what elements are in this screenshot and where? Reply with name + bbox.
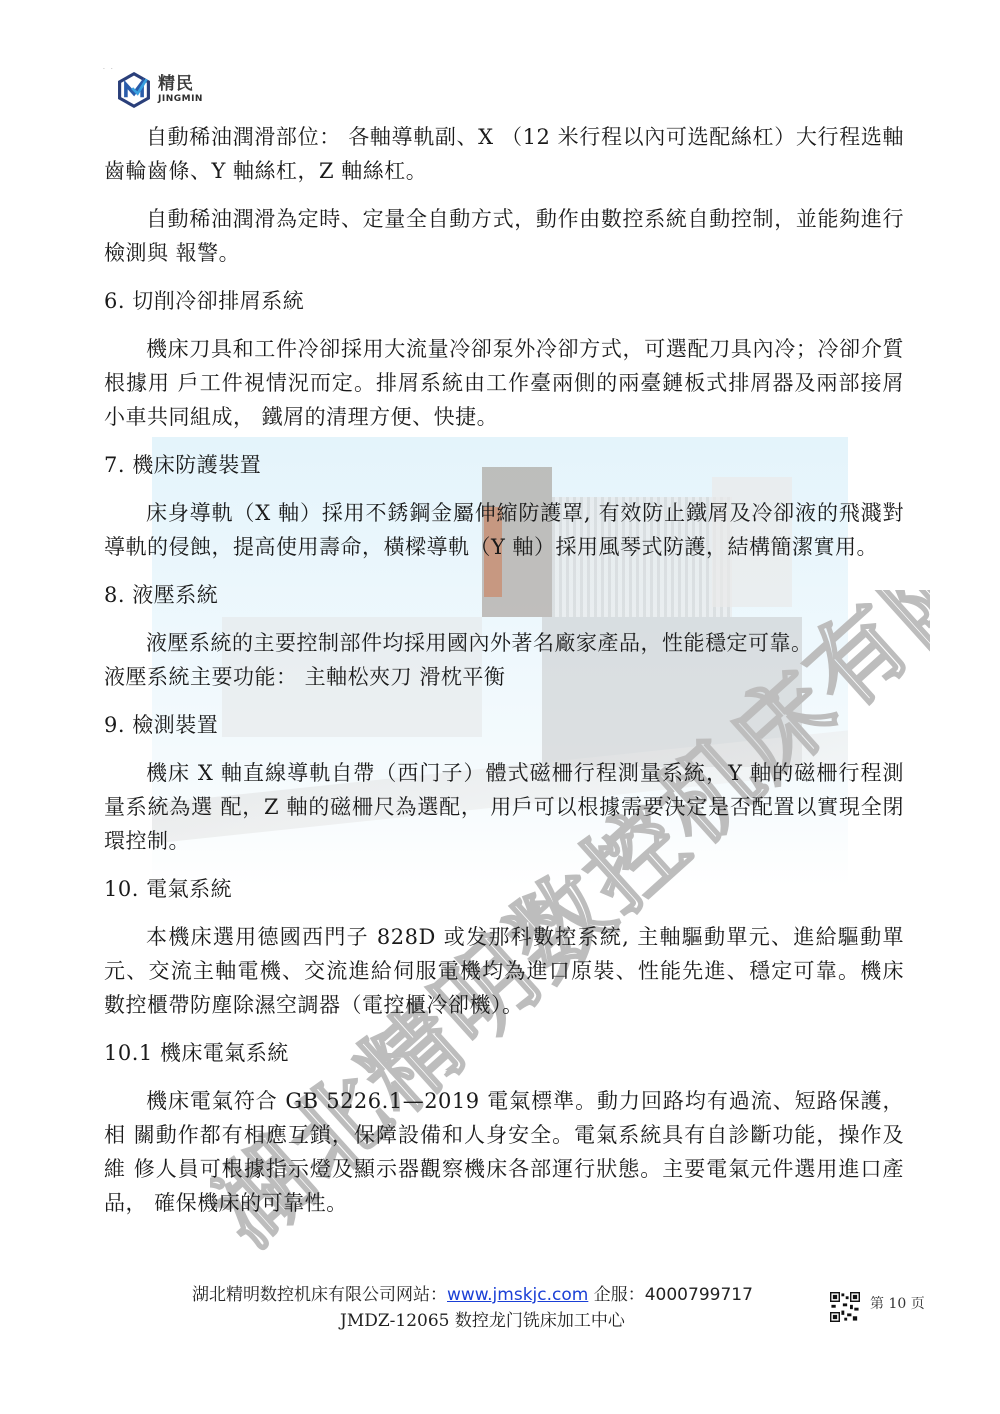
section-heading-electrical: 10. 電氣系統 [104, 872, 904, 906]
footer-company-name: 湖北精明数控机床有限公司网站： [192, 1285, 447, 1305]
website-link[interactable]: www.jmskjc.com [447, 1285, 588, 1305]
paragraph-cooling: 機床刀具和工件冷卻採用大流量冷卻泵外冷卻方式，可選配刀具內冷；冷卻介質根據用 戶… [104, 332, 904, 434]
paragraph-hydraulic: 液壓系統的主要控制部件均採用國內外著名廠家產品，性能穩定可靠。 [104, 626, 904, 660]
paragraph-lubrication-parts: 自動稀油潤滑部位： 各軸導軌副、X （12 米行程以內可选配絲杠）大行程选軸齒輪… [104, 120, 904, 188]
paragraph-lubrication-mode: 自動稀油潤滑為定時、定量全自動方式，動作由數控系統自動控制，並能夠進行檢測與 報… [104, 202, 904, 270]
company-logo: 精民 JINGMIN [116, 72, 203, 108]
qr-code-icon [830, 1292, 860, 1322]
jingmin-logo-icon [116, 72, 152, 108]
section-heading-detection: 9. 檢測裝置 [104, 708, 904, 742]
hydraulic-functions-line: 液壓系統主要功能： 主軸松夾刀 滑枕平衡 [104, 660, 904, 694]
footer-product-name: JMDZ-12065 数控龙门铣床加工中心 [340, 1306, 625, 1331]
section-heading-protection: 7. 機床防護裝置 [104, 448, 904, 482]
document-body: 自動稀油潤滑部位： 各軸導軌副、X （12 米行程以內可选配絲杠）大行程选軸齒輪… [104, 120, 904, 1234]
footer-service-phone: 4000799717 [645, 1285, 753, 1305]
footer-company-line: 湖北精明数控机床有限公司网站：www.jmskjc.com 企服：4000799… [192, 1280, 753, 1305]
paragraph-protection: 床身導軌（X 軸）採用不銹鋼金屬伸縮防護罩, 有效防止鐵屑及冷卻液的飛濺對導軌的… [104, 496, 904, 564]
paragraph-machine-electrical: 機床電氣符合 GB 5226.1—2019 電氣標準。動力回路均有過流、短路保護… [104, 1084, 904, 1220]
corner-mark: · · [103, 66, 115, 73]
section-heading-machine-electrical: 10.1 機床電氣系統 [104, 1036, 904, 1070]
footer-service-label: 企服： [588, 1285, 644, 1305]
logo-name-en: JINGMIN [158, 95, 203, 104]
section-heading-cooling: 6. 切削冷卻排屑系統 [104, 284, 904, 318]
paragraph-electrical: 本機床選用德國西門子 828D 或发那科數控系統, 主軸驅動單元、進給驅動單元、… [104, 920, 904, 1022]
paragraph-detection: 機床 X 軸直線導軌自帶（西门子）體式磁柵行程測量系統，Y 軸的磁柵行程測量系統… [104, 756, 904, 858]
section-heading-hydraulic: 8. 液壓系統 [104, 578, 904, 612]
logo-name-cn: 精民 [158, 76, 203, 93]
page-number: 第 10 页 [870, 1293, 925, 1313]
